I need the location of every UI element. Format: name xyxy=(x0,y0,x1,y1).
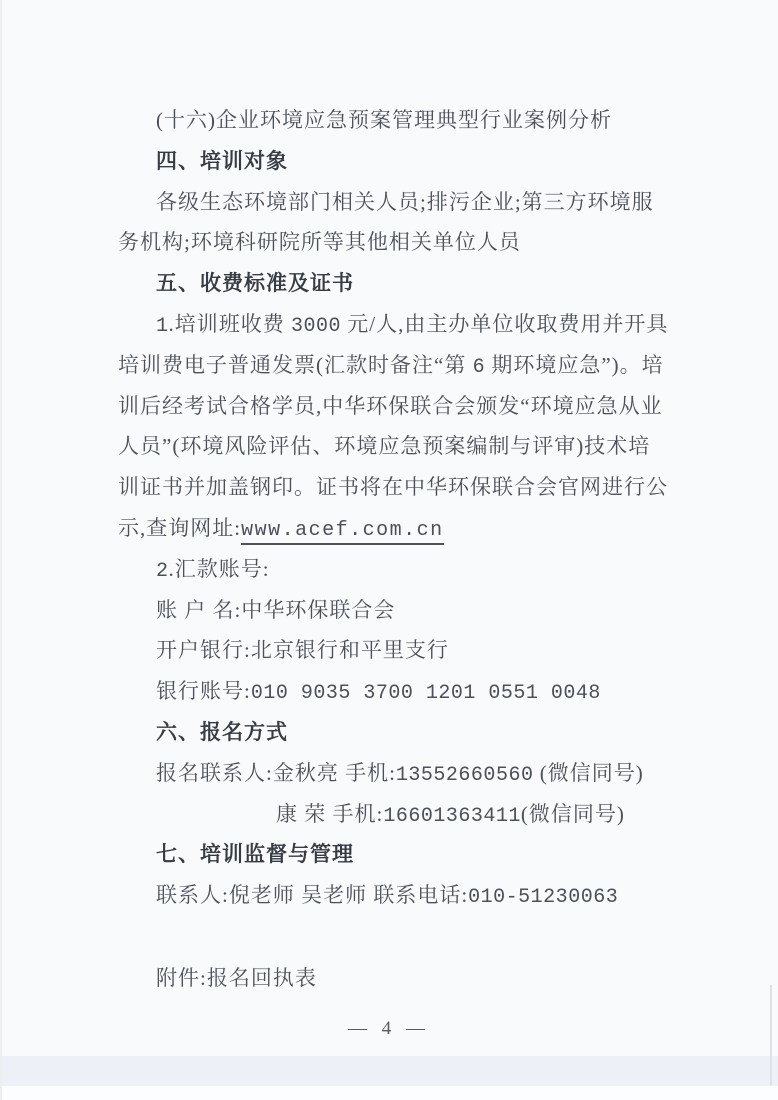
scan-edge-shadow xyxy=(0,1056,778,1086)
numeric-text: 6 xyxy=(473,356,486,379)
scan-edge-line-right xyxy=(770,985,772,1085)
attachment-note: 附件:报名回执表 xyxy=(118,958,778,999)
numeric-text: 13552660560 xyxy=(396,764,534,787)
body-line: 训后经考试合格学员,中华环保联合会颁发“环境应急从业 xyxy=(118,386,778,427)
body-line: 训证书并加盖钢印。证书将在中华环保联合会官网进行公 xyxy=(118,467,778,508)
scan-bottom-strip xyxy=(0,1086,778,1100)
body-line: 2.汇款账号: xyxy=(118,549,778,590)
body-line: 各级生态环境部门相关人员;排污企业;第三方环境服 xyxy=(118,182,778,223)
bank-account-line: 银行账号:010 9035 3700 1201 0551 0048 xyxy=(118,671,778,712)
bank-line: 开户银行:北京银行和平里支行 xyxy=(118,630,778,671)
numeric-text: 010 9035 3700 1201 0551 0048 xyxy=(251,682,601,705)
numeric-text: 010-51230063 xyxy=(468,886,618,909)
list-item-16: (十六)企业环境应急预案管理典型行业案例分析 xyxy=(118,100,778,141)
body-line: 培训费电子普通发票(汇款时备注“第 6 期环境应急”)。培 xyxy=(118,345,778,386)
document-page: (十六)企业环境应急预案管理典型行业案例分析四、培训对象各级生态环境部门相关人员… xyxy=(0,0,778,1100)
numeric-text: 2 xyxy=(156,560,169,583)
supervision-contact-line: 联系人:倪老师 吴老师 联系电话:010-51230063 xyxy=(118,875,778,916)
document-body: (十六)企业环境应急预案管理典型行业案例分析四、培训对象各级生态环境部门相关人员… xyxy=(118,100,778,999)
body-line: 1.培训班收费 3000 元/人,由主办单位收取费用并开具 xyxy=(118,304,778,345)
contact-line: 康 荣 手机:16601363411(微信同号) xyxy=(118,794,778,835)
website-url-text: www.acef.com.cn xyxy=(241,519,444,545)
text-segment: 示,查询网址: xyxy=(118,516,241,540)
url-line: 示,查询网址:www.acef.com.cn xyxy=(118,508,778,549)
numeric-text: 16601363411 xyxy=(383,805,521,828)
section-heading-6: 六、报名方式 xyxy=(118,712,778,753)
body-line: 人员”(环境风险评估、环境应急预案编制与评审)技术培 xyxy=(118,426,778,467)
scan-edge-line-left xyxy=(0,0,2,1100)
body-line: 务机构;环境科研院所等其他相关单位人员 xyxy=(118,222,778,263)
section-heading-7: 七、培训监督与管理 xyxy=(118,834,778,875)
account-name-line: 账 户 名:中华环保联合会 xyxy=(118,590,778,631)
page-number: — 4 — xyxy=(0,1018,778,1040)
section-heading-5: 五、收费标准及证书 xyxy=(118,263,778,304)
contact-line: 报名联系人:金秋亮 手机:13552660560 (微信同号) xyxy=(118,753,778,794)
numeric-text: 3000 xyxy=(291,315,341,338)
section-heading-4: 四、培训对象 xyxy=(118,141,778,182)
numeric-text: 1 xyxy=(156,315,169,338)
